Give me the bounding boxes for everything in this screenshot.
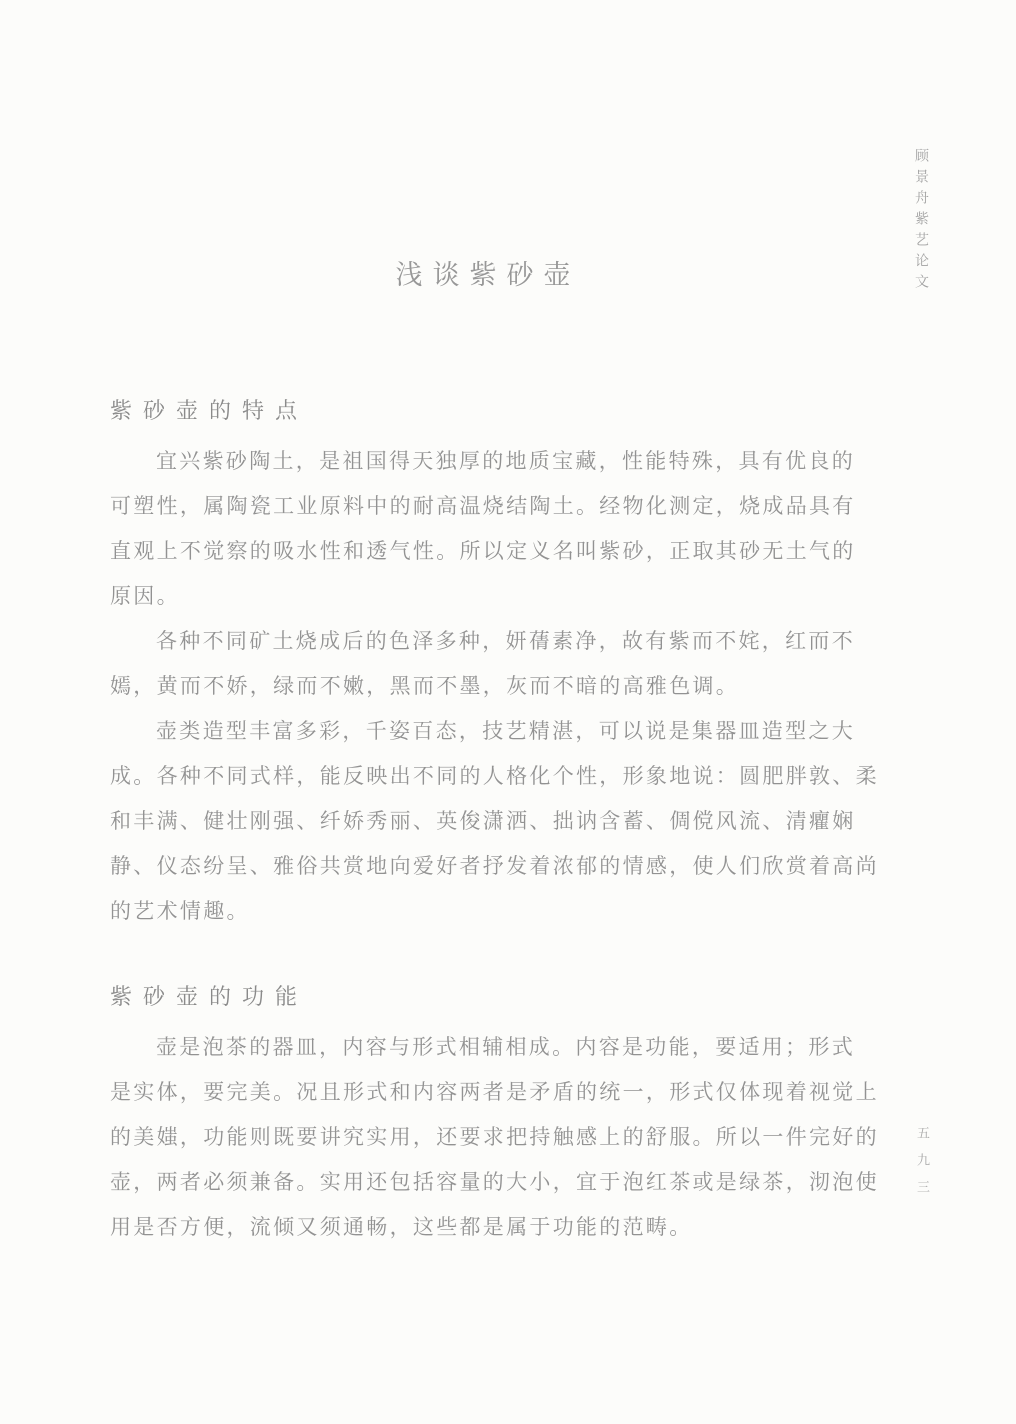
section-heading-functions: 紫砂壶的功能	[110, 982, 856, 1012]
paragraph: 壶类造型丰富多彩，千姿百态，技艺精湛，可以说是集器皿造型之大 成。各种不同式样，…	[110, 709, 856, 934]
paragraph: 壶是泡茶的器皿，内容与形式相辅相成。内容是功能，要适用；形式 是实体，要完美。况…	[110, 1025, 856, 1250]
paragraph: 宜兴紫砂陶土，是祖国得天独厚的地质宝藏，性能特殊，具有优良的 可塑性，属陶瓷工业…	[110, 439, 856, 619]
page-content: 浅谈紫砂壶 紫砂壶的特点 宜兴紫砂陶土，是祖国得天独厚的地质宝藏，性能特殊，具有…	[0, 253, 1016, 1250]
paragraph-line: 嫣，黄而不娇，绿而不嫩，黑而不墨，灰而不暗的高雅色调。	[110, 664, 856, 709]
paragraph-line: 的美媸，功能则既要讲究实用，还要求把持触感上的舒服。所以一件完好的	[110, 1115, 856, 1160]
paragraph-line: 壶是泡茶的器皿，内容与形式相辅相成。内容是功能，要适用；形式	[110, 1025, 856, 1070]
paragraph-line: 的艺术情趣。	[110, 889, 856, 934]
document-title: 浅谈紫砂壶	[110, 253, 856, 292]
section-heading-characteristics: 紫砂壶的特点	[110, 396, 856, 426]
paragraph: 各种不同矿土烧成后的色泽多种，妍蒨素净，故有紫而不姹，红而不 嫣，黄而不娇，绿而…	[110, 619, 856, 709]
paragraph-line: 和丰满、健壮刚强、纤娇秀丽、英俊潇洒、拙讷含蓄、倜傥风流、清癯娴	[110, 799, 856, 844]
paragraph-line: 壶类造型丰富多彩，千姿百态，技艺精湛，可以说是集器皿造型之大	[110, 709, 856, 754]
page-number: 五九三	[913, 1126, 932, 1207]
paragraph-line: 壶，两者必须兼备。实用还包括容量的大小，宜于泡红茶或是绿茶，沏泡使	[110, 1160, 856, 1205]
paragraph-line: 直观上不觉察的吸水性和透气性。所以定义名叫紫砂，正取其砂无土气的	[110, 529, 856, 574]
paragraph-line: 各种不同矿土烧成后的色泽多种，妍蒨素净，故有紫而不姹，红而不	[110, 619, 856, 664]
paragraph-line: 原因。	[110, 574, 856, 619]
paragraph-line: 用是否方便，流倾又须通畅，这些都是属于功能的范畴。	[110, 1205, 856, 1250]
paragraph-line: 静、仪态纷呈、雅俗共赏地向爱好者抒发着浓郁的情感，使人们欣赏着高尚	[110, 844, 856, 889]
book-page: 顾景舟紫艺论文 五九三 浅谈紫砂壶 紫砂壶的特点 宜兴紫砂陶土，是祖国得天独厚的…	[0, 0, 1016, 1424]
paragraph-line: 可塑性，属陶瓷工业原料中的耐高温烧结陶土。经物化测定，烧成品具有	[110, 484, 856, 529]
paragraph-line: 宜兴紫砂陶土，是祖国得天独厚的地质宝藏，性能特殊，具有优良的	[110, 439, 856, 484]
paragraph-line: 成。各种不同式样，能反映出不同的人格化个性，形象地说：圆肥胖敦、柔	[110, 754, 856, 799]
book-side-label: 顾景舟紫艺论文	[910, 148, 930, 295]
paragraph-line: 是实体，要完美。况且形式和内容两者是矛盾的统一，形式仅体现着视觉上	[110, 1070, 856, 1115]
